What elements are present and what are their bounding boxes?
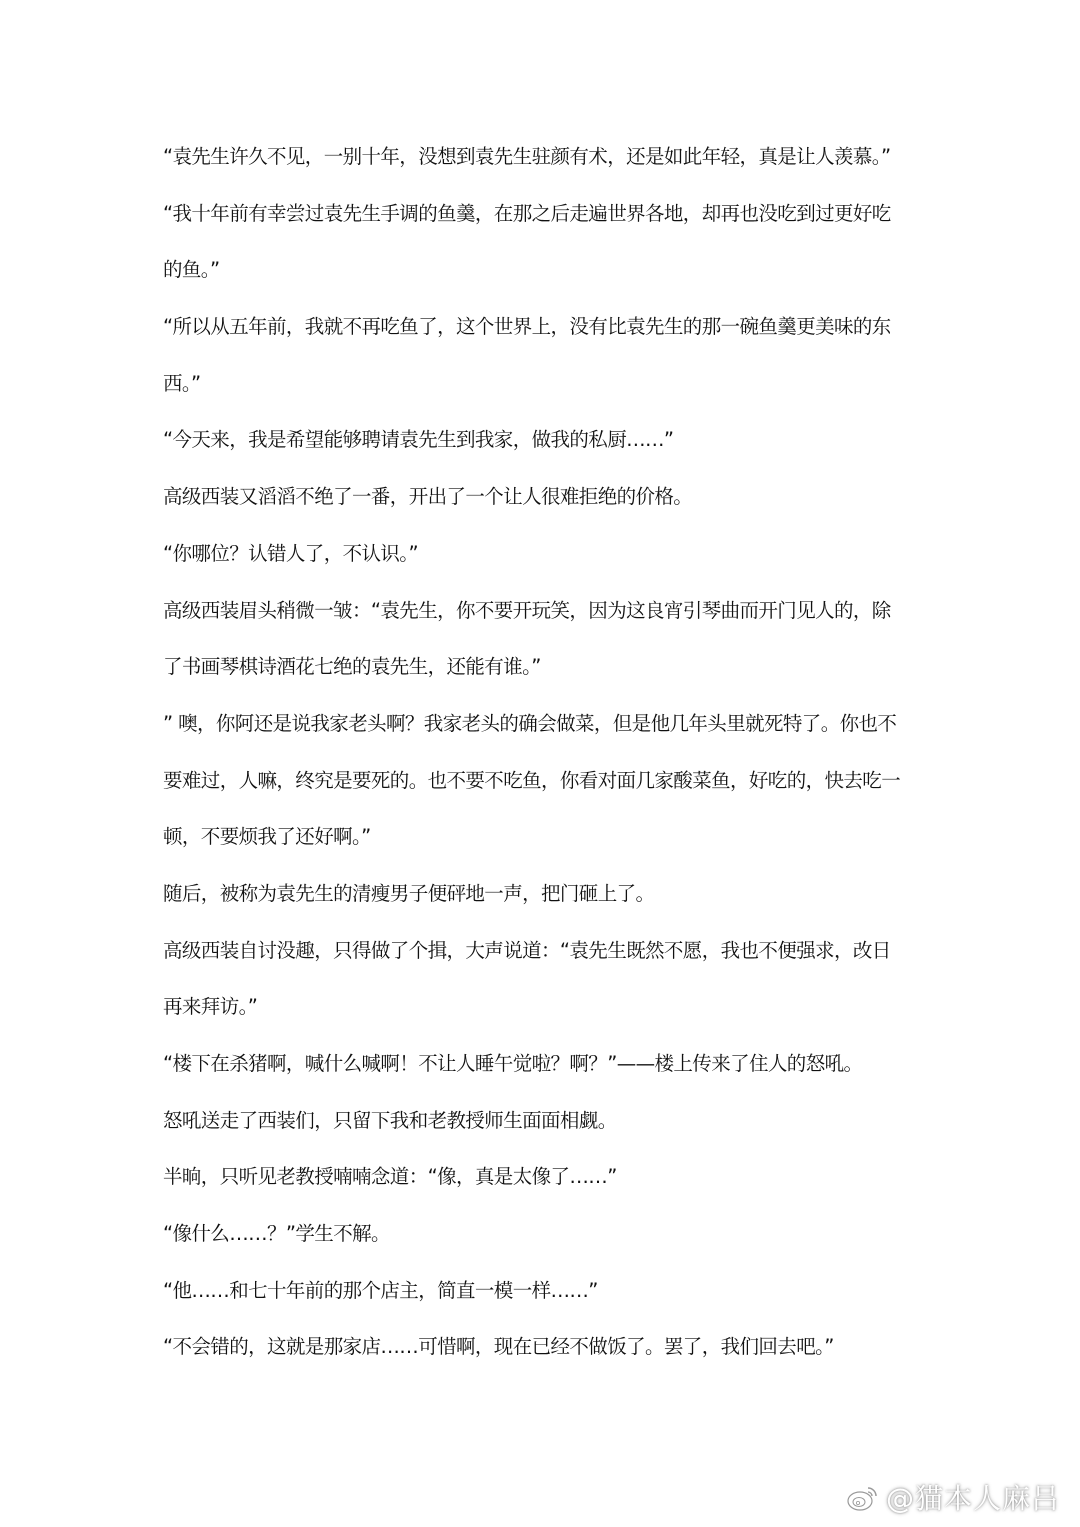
text-line: 随后，被称为袁先生的清瘦男子便砰地一声，把门砸上了。	[163, 879, 908, 936]
text-line: 的鱼。”	[163, 255, 908, 312]
text-line: “我十年前有幸尝过袁先生手调的鱼羹，在那之后走遍世界各地，却再也没吃到过更好吃	[163, 199, 908, 256]
text-line: 要难过，人嘛，终究是要死的。也不要不吃鱼，你看对面几家酸菜鱼，好吃的，快去吃一	[163, 766, 908, 823]
text-line: 再来拜访。”	[163, 992, 908, 1049]
text-line: 半晌，只听见老教授喃喃念道：“像，真是太像了……”	[163, 1162, 908, 1219]
text-line: “所以从五年前，我就不再吃鱼了，这个世界上，没有比袁先生的那一碗鱼羹更美味的东	[163, 312, 908, 369]
text-line: 高级西装自讨没趣，只得做了个揖，大声说道：“袁先生既然不愿，我也不便强求，改日	[163, 936, 908, 993]
text-line: “袁先生许久不见，一别十年，没想到袁先生驻颜有术，还是如此年轻，真是让人羡慕。”	[163, 142, 908, 199]
weibo-icon	[846, 1482, 880, 1512]
watermark-text: @猫本人麻吕	[886, 1477, 1060, 1517]
text-line: 了书画琴棋诗酒花七绝的袁先生，还能有谁。”	[163, 652, 908, 709]
text-line: “像什么……？”学生不解。	[163, 1219, 908, 1276]
text-line: 高级西装眉头稍微一皱：“袁先生，你不要开玩笑，因为这良宵引琴曲而开门见人的，除	[163, 596, 908, 653]
text-line: “他……和七十年前的那个店主，简直一模一样……”	[163, 1276, 908, 1333]
text-line: 西。”	[163, 369, 908, 426]
watermark: @猫本人麻吕	[846, 1477, 1060, 1517]
text-line: 顿，不要烦我了还好啊。”	[163, 822, 908, 879]
text-line: 高级西装又滔滔不绝了一番，开出了一个让人很难拒绝的价格。	[163, 482, 908, 539]
text-line: “不会错的，这就是那家店……可惜啊，现在已经不做饭了。罢了，我们回去吧。”	[163, 1332, 908, 1389]
text-line: “你哪位？认错人了，不认识。”	[163, 539, 908, 596]
text-line: ” 噢，你阿还是说我家老头啊？我家老头的确会做菜，但是他几年头里就死特了。你也不	[163, 709, 908, 766]
text-line: “楼下在杀猪啊，喊什么喊啊！不让人睡午觉啦？啊？”——楼上传来了住人的怒吼。	[163, 1049, 908, 1106]
text-line: 怒吼送走了西装们，只留下我和老教授师生面面相觑。	[163, 1106, 908, 1163]
document-body: “袁先生许久不见，一别十年，没想到袁先生驻颜有术，还是如此年轻，真是让人羡慕。”…	[163, 142, 908, 1389]
text-line: “今天来，我是希望能够聘请袁先生到我家，做我的私厨……”	[163, 425, 908, 482]
